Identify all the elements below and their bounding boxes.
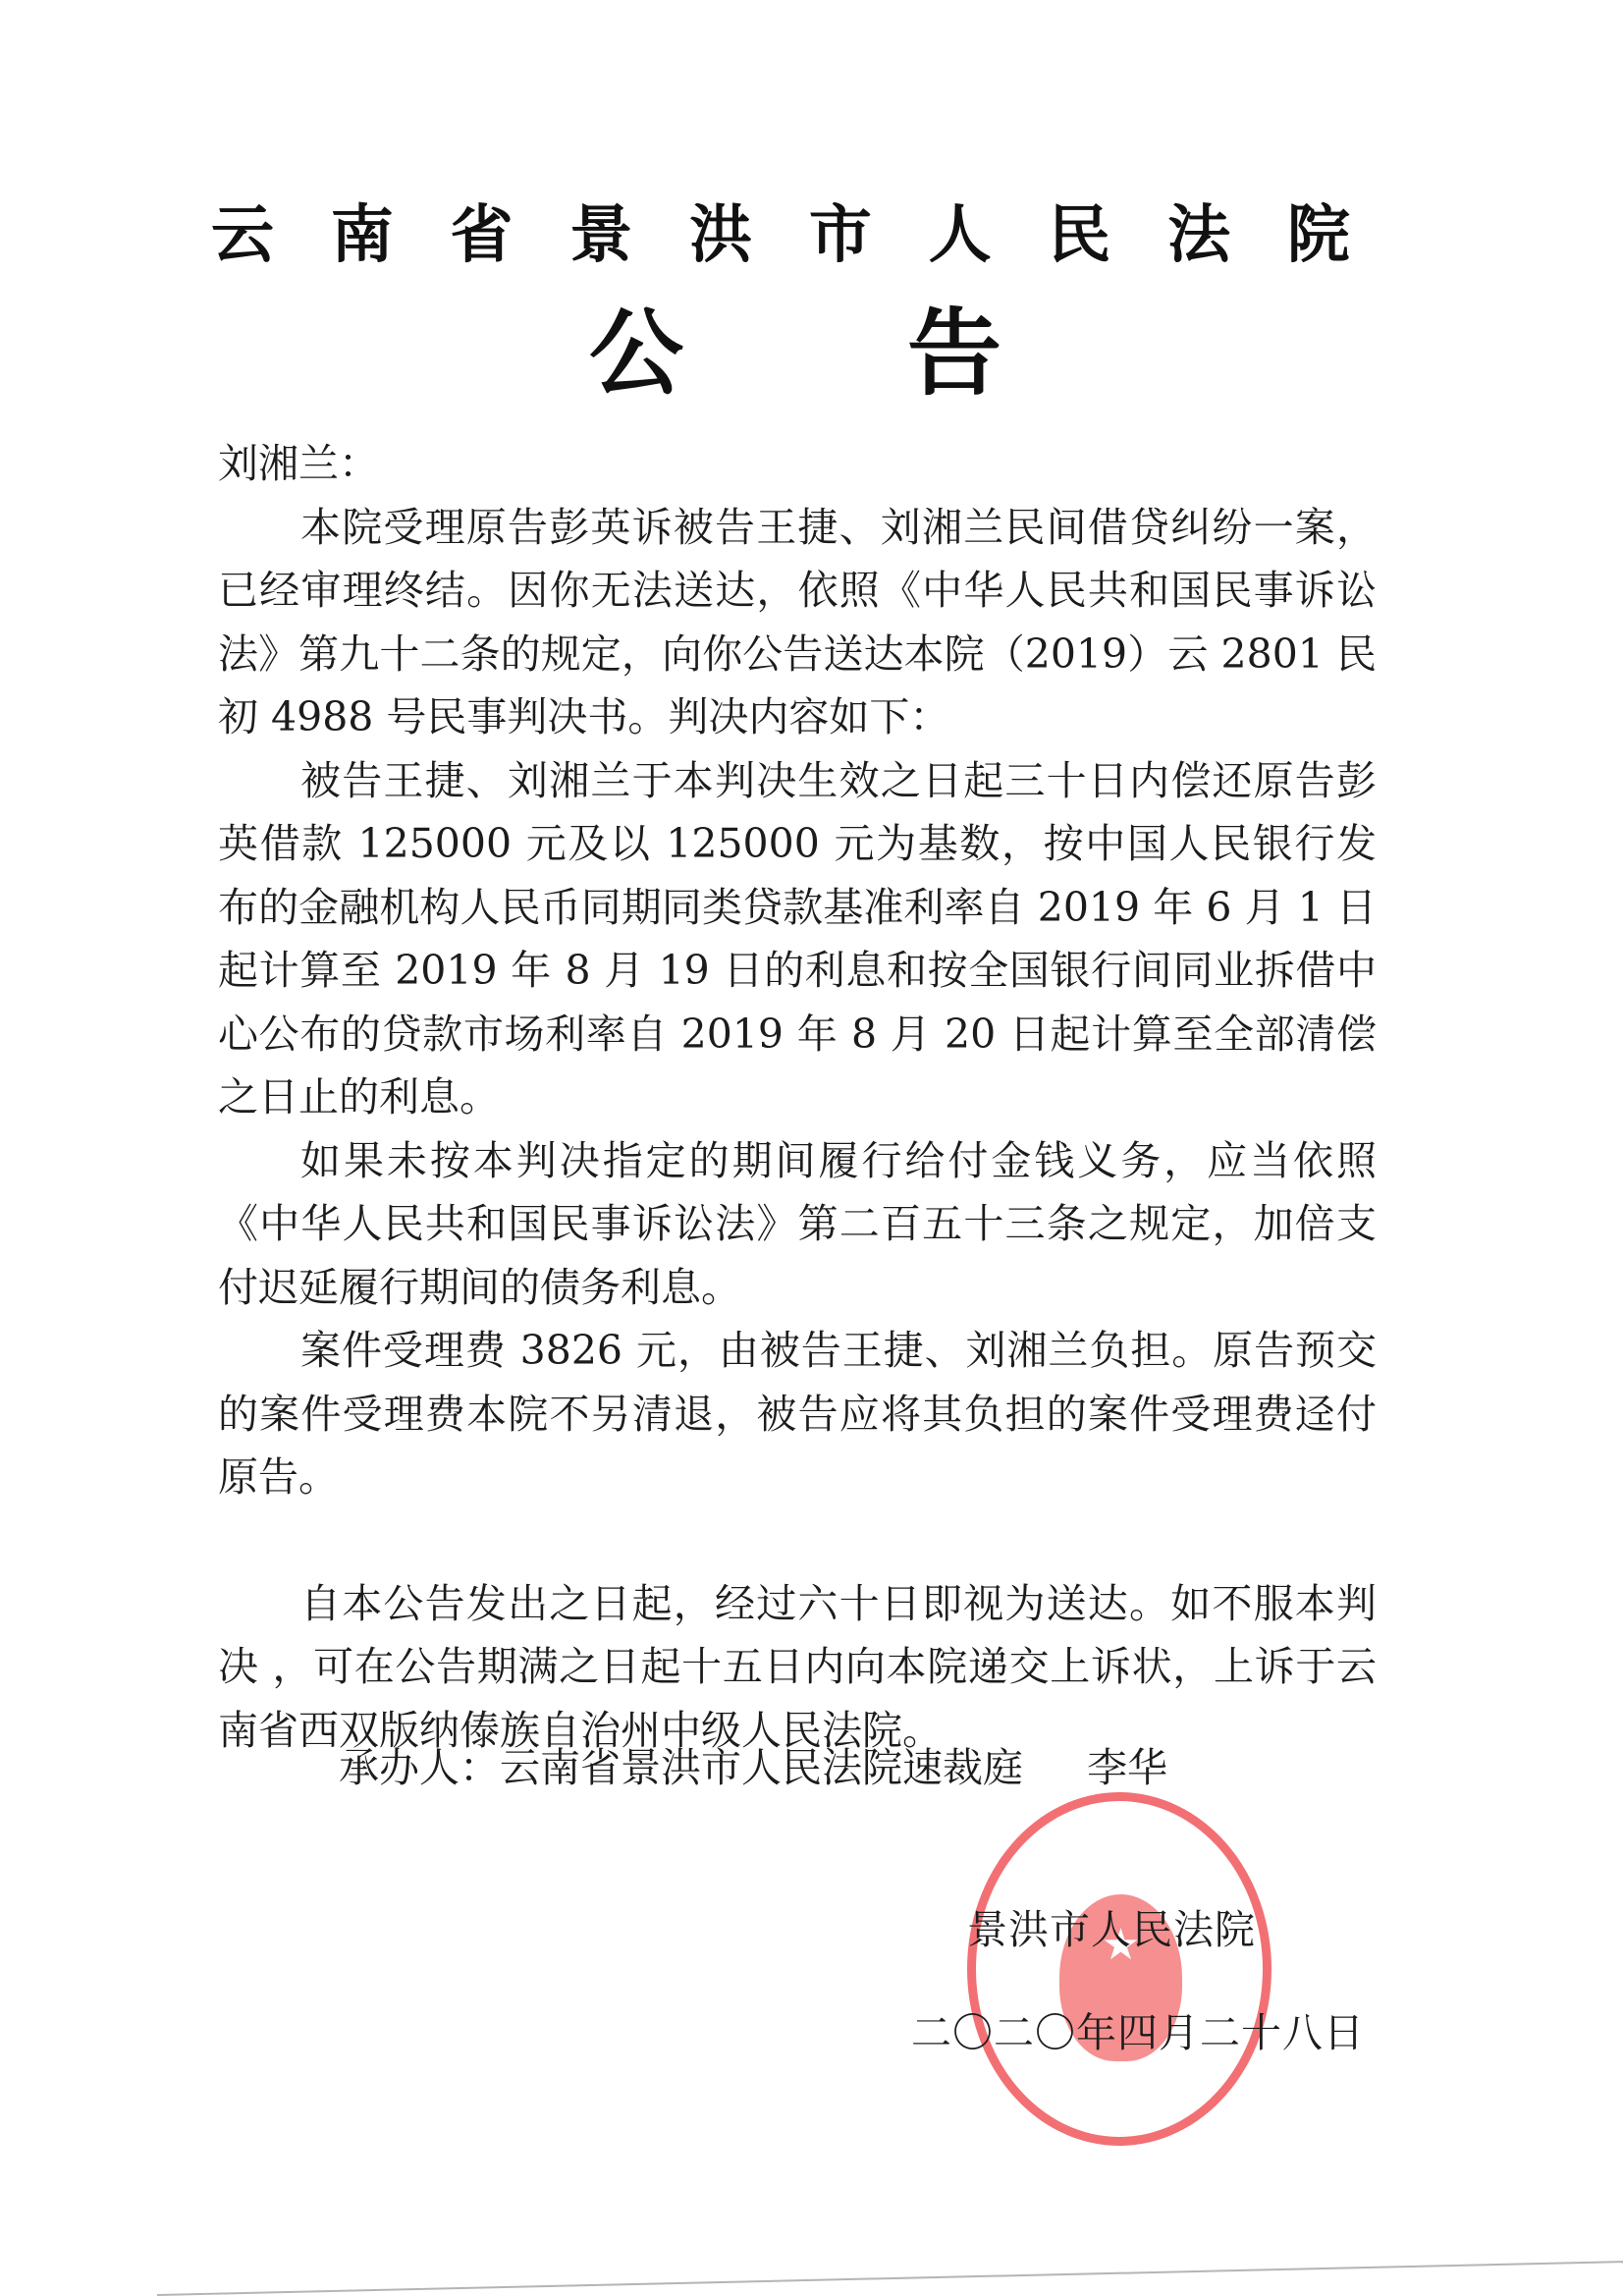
court-name-char: 省 — [451, 196, 514, 275]
title-char: 公 — [589, 300, 683, 408]
court-seal: ★ — [967, 1792, 1271, 2146]
court-name-char: 洪 — [689, 196, 752, 275]
court-name-heading: 云 南 省 景 洪 市 人 民 法 院 — [211, 196, 1350, 275]
document-page: 云 南 省 景 洪 市 人 民 法 院 公 告 刘湘兰： 本院受理原告彭英诉被告… — [0, 0, 1623, 2296]
document-type-title: 公 告 — [589, 300, 1001, 408]
court-name-char: 云 — [211, 196, 274, 275]
paragraph-judgment: 被告王捷、刘湘兰于本判决生效之日起三十日内偿还原告彭英借款 125000 元及以… — [218, 749, 1377, 1129]
paragraph-appeal-notice: 自本公告发出之日起，经过六十日即视为送达。如不服本判决 ，可在公告期满之日起十五… — [218, 1572, 1377, 1763]
signing-court: 景洪市人民法院 — [967, 1900, 1256, 1959]
paragraph-late-interest: 如果未按本判决指定的期间履行给付金钱义务，应当依照《中华人民共和国民事诉讼法》第… — [218, 1129, 1377, 1320]
title-char: 告 — [907, 300, 1001, 408]
addressee: 刘湘兰： — [218, 432, 1377, 496]
court-name-char: 市 — [809, 196, 872, 275]
handler-line: 承办人：云南省景洪市人民法院速裁庭 李华 — [339, 1738, 1167, 1797]
court-name-char: 景 — [569, 196, 632, 275]
court-name-char: 民 — [1048, 196, 1110, 275]
court-name-char: 南 — [331, 196, 394, 275]
court-name-char: 人 — [929, 196, 992, 275]
paragraph-case-intro: 本院受理原告彭英诉被告王捷、刘湘兰民间借贷纠纷一案，已经审理终结。因你无法送达，… — [218, 496, 1377, 749]
signing-date: 二〇二〇年四月二十八日 — [911, 2003, 1365, 2062]
notice-body: 刘湘兰： 本院受理原告彭英诉被告王捷、刘湘兰民间借贷纠纷一案，已经审理终结。因你… — [218, 432, 1377, 1762]
paragraph-spacer — [218, 1509, 1377, 1572]
paragraph-court-fee: 案件受理费 3826 元，由被告王捷、刘湘兰负担。原告预交的案件受理费本院不另清… — [218, 1319, 1377, 1509]
court-name-char: 院 — [1287, 196, 1350, 275]
scan-edge-line — [157, 2261, 1623, 2296]
court-name-char: 法 — [1167, 196, 1230, 275]
